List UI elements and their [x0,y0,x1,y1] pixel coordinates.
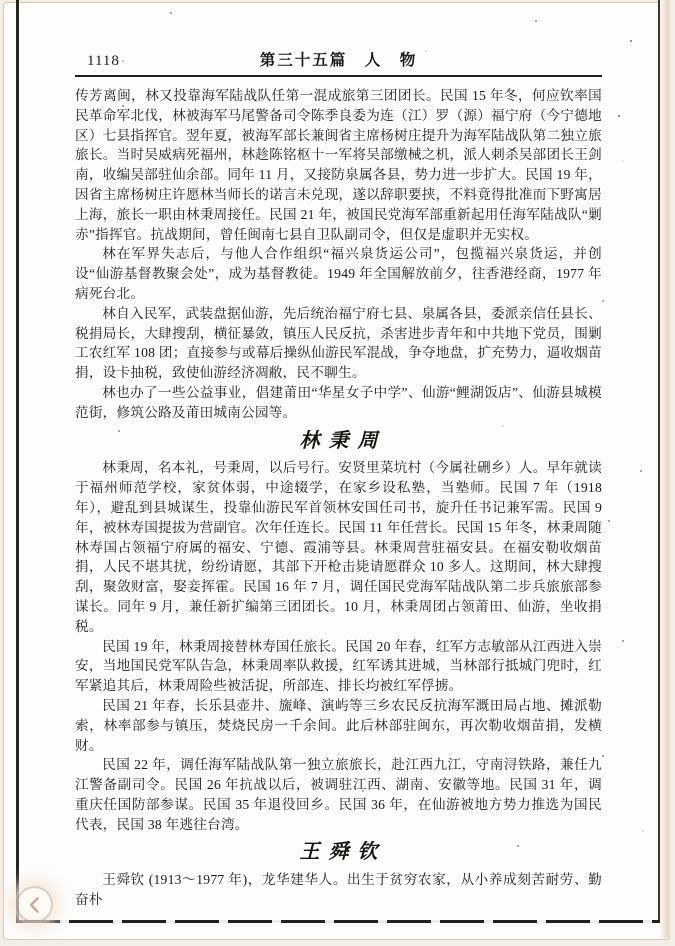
scan-frame-right [658,0,660,922]
section-heading-wang-shunqin: 王舜钦 [75,843,602,863]
chapter-title: 第三十五篇 人 物 [75,48,602,70]
body-paragraph: 民国 21 年春，长乐县壶井、旒峰、演屿等三乡农民反抗海军溉田局占地、摊派勒索，… [75,696,602,755]
scan-frame-left [16,0,19,922]
page-curvature-shade [660,0,671,938]
section-heading-lin-bingzhou: 林秉周 [75,432,602,452]
body-paragraph: 林在军界失志后，与他人合作组织“福兴泉货运公司”，包揽福兴泉货运，并创设“仙游基… [75,244,602,303]
page-body: 传芳离闽，林又投靠海军陆战队任第一混成旅第三团团长。民国 15 年冬，何应钦率国… [75,86,602,910]
body-paragraph: 民国 19 年，林秉周接替林寿国任旅长。民国 20 年春，红军方志敏部从江西进入… [75,637,602,696]
scan-frame-bottom [16,920,660,923]
back-button[interactable] [16,886,53,923]
body-paragraph: 王舜钦 (1913～1977 年)，龙华建华人。出生于贫穷农家，从小养成刻苦耐劳… [75,870,602,910]
body-paragraph: 传芳离闽，林又投靠海军陆战队任第一混成旅第三团团长。民国 15 年冬，何应钦率国… [75,86,602,244]
body-paragraph: 林秉周，名本礼，号秉周，以后号行。安贤里菜坑村（今属社硎乡）人。早年就读于福州师… [75,458,602,636]
body-paragraph: 林也办了一些公益事业，倡建莆田“华星女子中学”、仙游“鲤湖饭店”、仙游县城模范街… [75,383,602,423]
body-paragraph: 林自入民军，武装盘据仙游，先后统治福宁府七县、泉属各县，委派亲信任县长、税捐局长… [75,304,602,383]
chevron-left-icon [19,889,51,921]
body-paragraph: 民国 22 年，调任海军陆战队第一独立旅旅长，赴江西九江，守南浔铁路，兼任九江警… [75,755,602,834]
page-header: 1118 第三十五篇 人 物 [75,44,602,77]
scan-noise [170,12,172,14]
